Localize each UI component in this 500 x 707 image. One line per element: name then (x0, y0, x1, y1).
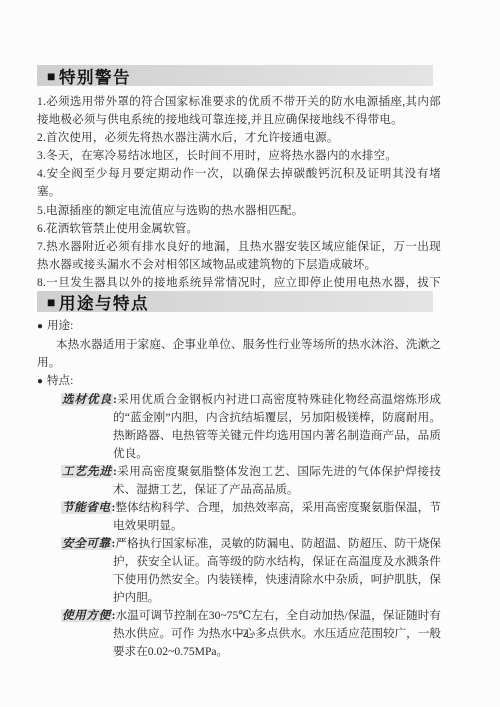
features-heading: ● 特点: (37, 372, 441, 391)
section-square-icon: ■ (47, 294, 57, 310)
manual-page: ■ 特别警告 1.必须选用带外罩的符合国家标准要求的优质不带开关的防水电源插座,… (0, 0, 500, 707)
feature-item: 选材优良:采用优质合金钢板内衬进口高密度特殊硅化物经高温熔炼形成的“蓝金刚”内胆… (37, 391, 441, 463)
warning-item: 1.必须选用带外罩的符合国家标准要求的优质不带开关的防水电源插座,其内部接地极必… (37, 93, 441, 129)
feature-label: 选材优良 (61, 393, 113, 406)
usage-heading: ● 用途: (37, 317, 441, 336)
bullet-dot-icon: ● (37, 376, 43, 387)
warning-item: 2.首次使用，必须先将热水器注满水后，才允许接通电源。 (37, 129, 441, 147)
feature-text: 采用优质合金钢板内衬进口高密度特殊硅化物经高温熔炼形成的“蓝金刚”内胆，内含抗结… (113, 393, 441, 460)
feature-text: 严格执行国家标准，灵敏的防漏电、防超温、防超压、防干烧保护，获安全认证。高等级的… (113, 537, 441, 604)
usage-label: 用途: (47, 319, 73, 332)
section-square-icon: ■ (47, 68, 57, 84)
feature-label: 节能省电 (61, 501, 112, 514)
feature-item: 安全可靠:严格执行国家标准，灵敏的防漏电、防超温、防超压、防干烧保护，获安全认证… (37, 535, 441, 607)
feature-item: 节能省电:整体结构科学、合理，加热效率高，采用高密度聚氨脂保温，节电效果明显。 (37, 499, 441, 535)
warning-item: 4.安全阀至少每月要定期动作一次，以确保去掉碳酸钙沉积及证明其没有堵塞。 (37, 165, 441, 201)
features-section-header: ■ 用途与特点 (37, 291, 433, 312)
feature-label: 使用方便 (61, 609, 112, 622)
feature-text: 采用高密度聚氨脂整体发泡工艺、国际先进的气体保护焊接技术、湿搪工艺，保证了产品高… (113, 465, 441, 496)
warning-item: 5.电源插座的额定电流值应与选购的热水器相匹配。 (37, 202, 441, 220)
warning-list: 1.必须选用带外罩的符合国家标准要求的优质不带开关的防水电源插座,其内部接地极必… (37, 93, 441, 310)
warning-section-title: ■ 特别警告 (37, 64, 131, 88)
bullet-dot-icon: ● (37, 321, 43, 332)
features-section-title: ■ 用途与特点 (37, 290, 149, 314)
features-title-text: 用途与特点 (59, 290, 149, 314)
warning-item: 3.冬天，在寒冷易结冰地区，长时间不用时，应将热水器内的水排空。 (37, 147, 441, 165)
usage-text: 本热水器适用于家庭、企事业单位、服务性行业等场所的热水沐浴、洗漱之用。 (37, 336, 441, 372)
feature-label: 工艺先进 (61, 465, 113, 478)
page-number: -2- (0, 628, 492, 640)
warning-item: 7.热水器附近必须有排水良好的地漏，且热水器安装区域应能保证，万一出现热水器或接… (37, 238, 441, 274)
feature-label: 安全可靠 (61, 537, 112, 550)
warning-title-text: 特别警告 (59, 64, 131, 88)
features-block: ● 用途: 本热水器适用于家庭、企事业单位、服务性行业等场所的热水沐浴、洗漱之用… (37, 317, 441, 661)
features-label: 特点: (47, 374, 73, 387)
feature-item: 工艺先进:采用高密度聚氨脂整体发泡工艺、国际先进的气体保护焊接技术、湿搪工艺，保… (37, 463, 441, 499)
warning-section-header: ■ 特别警告 (37, 65, 433, 86)
warning-item: 6.花洒软管禁止使用金属软管。 (37, 220, 441, 238)
feature-text: 整体结构科学、合理，加热效率高，采用高密度聚氨脂保温，节电效果明显。 (113, 501, 441, 532)
